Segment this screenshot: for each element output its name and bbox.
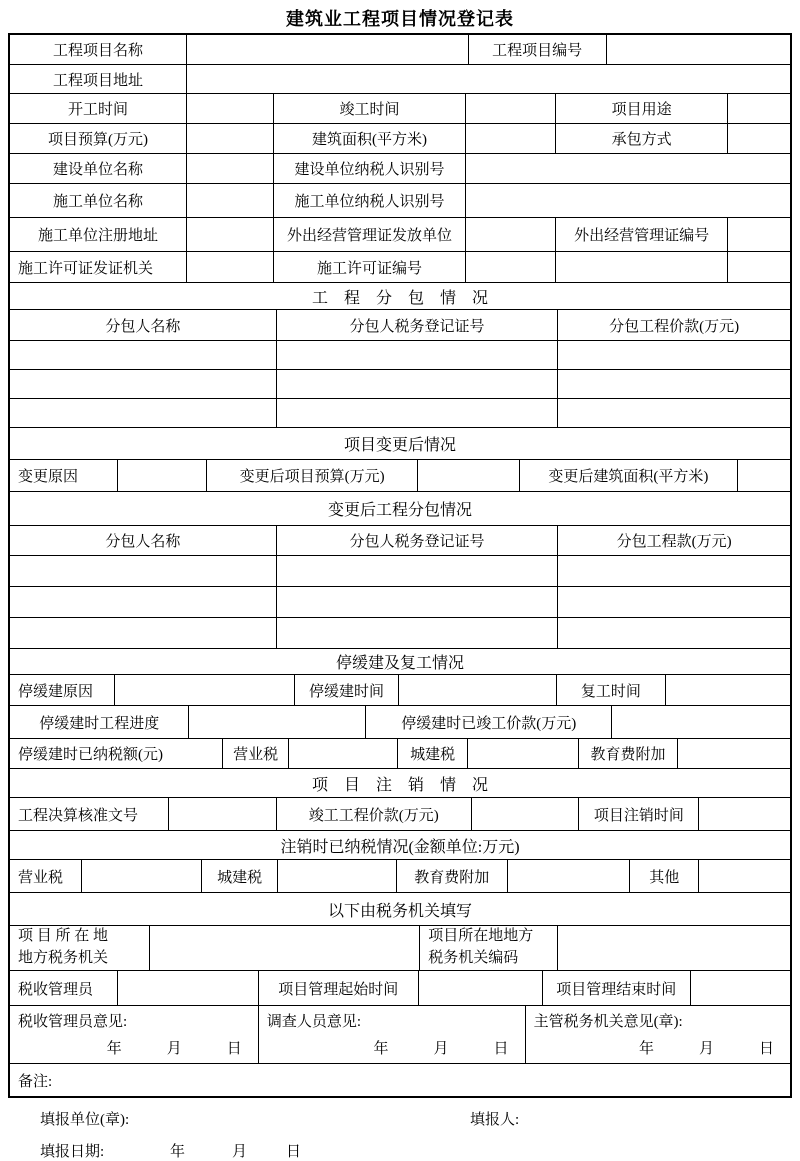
opinion-label: 税收管理员意见:: [10, 1006, 258, 1031]
input-cell[interactable]: [691, 971, 790, 1005]
input-cell[interactable]: [118, 971, 259, 1005]
form-row: 工程项目名称工程项目编号: [10, 35, 790, 65]
registration-form-table: 工程项目名称工程项目编号工程项目地址开工时间竣工时间项目用途项目预算(万元)建筑…: [8, 33, 792, 1098]
form-row: 停缓建原因停缓建时间复工时间: [10, 675, 790, 706]
opinion-date: 年 月 日: [259, 1037, 525, 1063]
input-cell[interactable]: [466, 184, 790, 217]
field-label: 项目管理结束时间: [543, 971, 691, 1005]
field-label: 建设单位名称: [10, 154, 187, 183]
input-cell[interactable]: [466, 94, 556, 123]
field-label: 分包工程价款(万元): [558, 310, 790, 340]
input-cell[interactable]: [10, 556, 277, 586]
form-row: 项 目 注 销 情 况: [10, 769, 790, 798]
form-title: 建筑业工程项目情况登记表: [0, 5, 800, 31]
input-cell[interactable]: [277, 556, 559, 586]
form-row: 施工单位注册地址外出经营管理证发放单位外出经营管理证编号: [10, 218, 790, 252]
field-label: 税收管理员: [10, 971, 118, 1005]
opinion-date: 年 月 日: [526, 1037, 790, 1063]
form-row: [10, 618, 790, 649]
form-row: 开工时间竣工时间项目用途: [10, 94, 790, 124]
field-label: 项目预算(万元): [10, 124, 187, 153]
input-cell[interactable]: [10, 399, 277, 427]
input-cell[interactable]: [187, 94, 274, 123]
section-header: 注销时已纳税情况(金额单位:万元): [10, 831, 790, 859]
form-row: 税收管理员意见:年 月 日调查人员意见:年 月 日主管税务机关意见(章):年 月…: [10, 1006, 790, 1064]
field-label: 开工时间: [10, 94, 187, 123]
form-row: [10, 556, 790, 587]
input-cell[interactable]: [10, 587, 277, 617]
input-cell[interactable]: [187, 218, 274, 251]
input-cell[interactable]: [278, 860, 397, 892]
input-cell[interactable]: [728, 124, 790, 153]
input-cell[interactable]: [508, 860, 630, 892]
input-cell[interactable]: [187, 35, 469, 64]
opinion-label: 调查人员意见:: [259, 1006, 525, 1031]
form-row: 分包人名称分包人税务登记证号分包工程价款(万元): [10, 310, 790, 341]
section-header: 项目变更后情况: [10, 428, 790, 459]
form-row: 施工许可证发证机关施工许可证编号: [10, 252, 790, 283]
field-label: 变更后建筑面积(平方米): [520, 460, 738, 491]
field-label: 分包人名称: [10, 526, 277, 555]
form-row: 项目变更后情况: [10, 428, 790, 460]
opinion-cell: 税收管理员意见:年 月 日: [10, 1006, 259, 1063]
report-unit-label: 填报单位(章):: [40, 1108, 129, 1129]
field-label: 建设单位纳税人识别号: [274, 154, 467, 183]
section-header: 项 目 注 销 情 况: [10, 769, 790, 797]
field-label: 竣工工程价款(万元): [277, 798, 472, 830]
input-cell[interactable]: [699, 798, 790, 830]
input-cell[interactable]: [558, 926, 790, 970]
field-label: 停缓建时工程进度: [10, 706, 189, 738]
form-row: 税收管理员项目管理起始时间项目管理结束时间: [10, 971, 790, 1006]
year-label: 年: [170, 1140, 185, 1161]
input-cell[interactable]: [187, 252, 274, 282]
input-cell[interactable]: [558, 399, 790, 427]
form-row: 工程项目地址: [10, 65, 790, 94]
field-label: 竣工时间: [274, 94, 467, 123]
field-label: 变更后项目预算(万元): [207, 460, 418, 491]
input-cell[interactable]: [169, 798, 277, 830]
input-cell[interactable]: [189, 706, 366, 738]
input-cell[interactable]: [738, 460, 790, 491]
form-row: 备注:: [10, 1064, 790, 1096]
input-cell[interactable]: [678, 739, 790, 768]
input-cell[interactable]: [728, 252, 790, 282]
form-row: 以下由税务机关填写: [10, 893, 790, 926]
section-header: 停缓建及复工情况: [10, 649, 790, 674]
opinion-cell: 调查人员意见:年 月 日: [259, 1006, 526, 1063]
input-cell[interactable]: [289, 739, 398, 768]
field-label: 施工许可证编号: [274, 252, 467, 282]
form-row: 分包人名称分包人税务登记证号分包工程款(万元): [10, 526, 790, 556]
field-label: 项目注销时间: [579, 798, 699, 830]
field-label: 项 目 所 在 地 地方税务机关: [10, 926, 150, 970]
input-cell[interactable]: [187, 65, 790, 93]
field-label: 外出经营管理证发放单位: [274, 218, 467, 251]
form-row: 施工单位名称施工单位纳税人识别号: [10, 184, 790, 218]
form-row: 项 目 所 在 地 地方税务机关项目所在地地方 税务机关编码: [10, 926, 790, 971]
input-cell[interactable]: [187, 184, 274, 217]
form-row: 变更原因变更后项目预算(万元)变更后建筑面积(平方米): [10, 460, 790, 492]
field-label: 施工单位注册地址: [10, 218, 187, 251]
input-cell[interactable]: [612, 706, 790, 738]
report-person-label: 填报人:: [470, 1108, 519, 1129]
field-label: 停缓建时已纳税额(元): [10, 739, 223, 768]
input-cell[interactable]: [558, 587, 790, 617]
form-row: [10, 587, 790, 618]
field-label: 分包人税务登记证号: [277, 310, 559, 340]
form-row: 营业税城建税教育费附加其他: [10, 860, 790, 893]
report-date-label: 填报日期:: [40, 1140, 104, 1161]
field-label: 外出经营管理证编号: [556, 218, 728, 251]
input-cell[interactable]: [277, 370, 559, 398]
form-row: 工 程 分 包 情 况: [10, 283, 790, 310]
month-label: 月: [232, 1140, 247, 1161]
field-label: 项目所在地地方 税务机关编码: [420, 926, 558, 970]
opinion-cell: 主管税务机关意见(章):年 月 日: [526, 1006, 790, 1063]
input-cell[interactable]: [399, 675, 557, 705]
form-row: 停缓建时工程进度停缓建时已竣工价款(万元): [10, 706, 790, 739]
input-cell[interactable]: [277, 341, 559, 369]
input-cell[interactable]: [699, 860, 790, 892]
input-cell[interactable]: [10, 370, 277, 398]
field-label: 施工单位名称: [10, 184, 187, 217]
form-row: 注销时已纳税情况(金额单位:万元): [10, 831, 790, 860]
input-cell[interactable]: [115, 675, 294, 705]
input-cell[interactable]: [556, 252, 728, 282]
field-label: 施工许可证发证机关: [10, 252, 187, 282]
input-cell[interactable]: [187, 124, 274, 153]
field-label: 分包工程款(万元): [558, 526, 790, 555]
input-cell[interactable]: [150, 926, 420, 970]
input-cell[interactable]: [558, 556, 790, 586]
field-label: 教育费附加: [579, 739, 679, 768]
field-label: 工程项目地址: [10, 65, 187, 93]
form-row: 建设单位名称建设单位纳税人识别号: [10, 154, 790, 184]
form-row: [10, 370, 790, 399]
field-label: 工程项目编号: [469, 35, 607, 64]
section-header: 工 程 分 包 情 况: [10, 283, 790, 309]
input-cell[interactable]: [472, 798, 580, 830]
opinion-date: 年 月 日: [10, 1037, 258, 1063]
input-cell[interactable]: [558, 370, 790, 398]
form-row: [10, 341, 790, 370]
input-cell[interactable]: [419, 971, 543, 1005]
field-label: 工程项目名称: [10, 35, 187, 64]
field-label: 分包人名称: [10, 310, 277, 340]
input-cell[interactable]: [418, 460, 520, 491]
field-label: 营业税: [10, 860, 82, 892]
input-cell[interactable]: [277, 399, 559, 427]
input-cell[interactable]: [10, 618, 277, 648]
input-cell[interactable]: [10, 341, 277, 369]
form-row: [10, 399, 790, 428]
field-label: 停缓建原因: [10, 675, 115, 705]
field-label: 教育费附加: [397, 860, 508, 892]
form-row: 工程决算核准文号竣工工程价款(万元)项目注销时间: [10, 798, 790, 831]
input-cell[interactable]: [277, 618, 559, 648]
field-label: 工程决算核准文号: [10, 798, 169, 830]
field-label: 建筑面积(平方米): [274, 124, 467, 153]
input-cell[interactable]: [558, 341, 790, 369]
input-cell[interactable]: [607, 35, 790, 64]
field-label: 变更原因: [10, 460, 118, 491]
field-label: 停缓建时间: [295, 675, 400, 705]
day-label: 日: [286, 1140, 301, 1161]
field-label: 施工单位纳税人识别号: [274, 184, 467, 217]
section-header: 以下由税务机关填写: [10, 893, 790, 925]
field-label: 停缓建时已竣工价款(万元): [366, 706, 612, 738]
field-label: 项目用途: [556, 94, 728, 123]
input-cell[interactable]: [466, 252, 556, 282]
field-label: 分包人税务登记证号: [277, 526, 559, 555]
field-label: 其他: [630, 860, 699, 892]
input-cell[interactable]: [277, 587, 559, 617]
input-cell[interactable]: [466, 218, 556, 251]
input-cell[interactable]: [82, 860, 202, 892]
input-cell[interactable]: [468, 739, 579, 768]
input-cell[interactable]: [666, 675, 790, 705]
form-row: 项目预算(万元)建筑面积(平方米)承包方式: [10, 124, 790, 154]
input-cell[interactable]: [558, 618, 790, 648]
input-cell[interactable]: [728, 218, 790, 251]
field-label: 承包方式: [556, 124, 728, 153]
form-row: 变更后工程分包情况: [10, 492, 790, 526]
form-row: 停缓建时已纳税额(元)营业税城建税教育费附加: [10, 739, 790, 769]
opinion-label: 主管税务机关意见(章):: [526, 1006, 790, 1031]
field-label: 复工时间: [557, 675, 666, 705]
input-cell[interactable]: [466, 124, 556, 153]
field-label: 城建税: [398, 739, 467, 768]
input-cell[interactable]: [466, 154, 790, 183]
form-row: 停缓建及复工情况: [10, 649, 790, 675]
field-label: 城建税: [202, 860, 278, 892]
section-header: 变更后工程分包情况: [10, 492, 790, 525]
input-cell[interactable]: [728, 94, 790, 123]
remark-label: 备注:: [10, 1064, 790, 1096]
field-label: 营业税: [223, 739, 289, 768]
input-cell[interactable]: [187, 154, 274, 183]
field-label: 项目管理起始时间: [259, 971, 419, 1005]
input-cell[interactable]: [118, 460, 208, 491]
